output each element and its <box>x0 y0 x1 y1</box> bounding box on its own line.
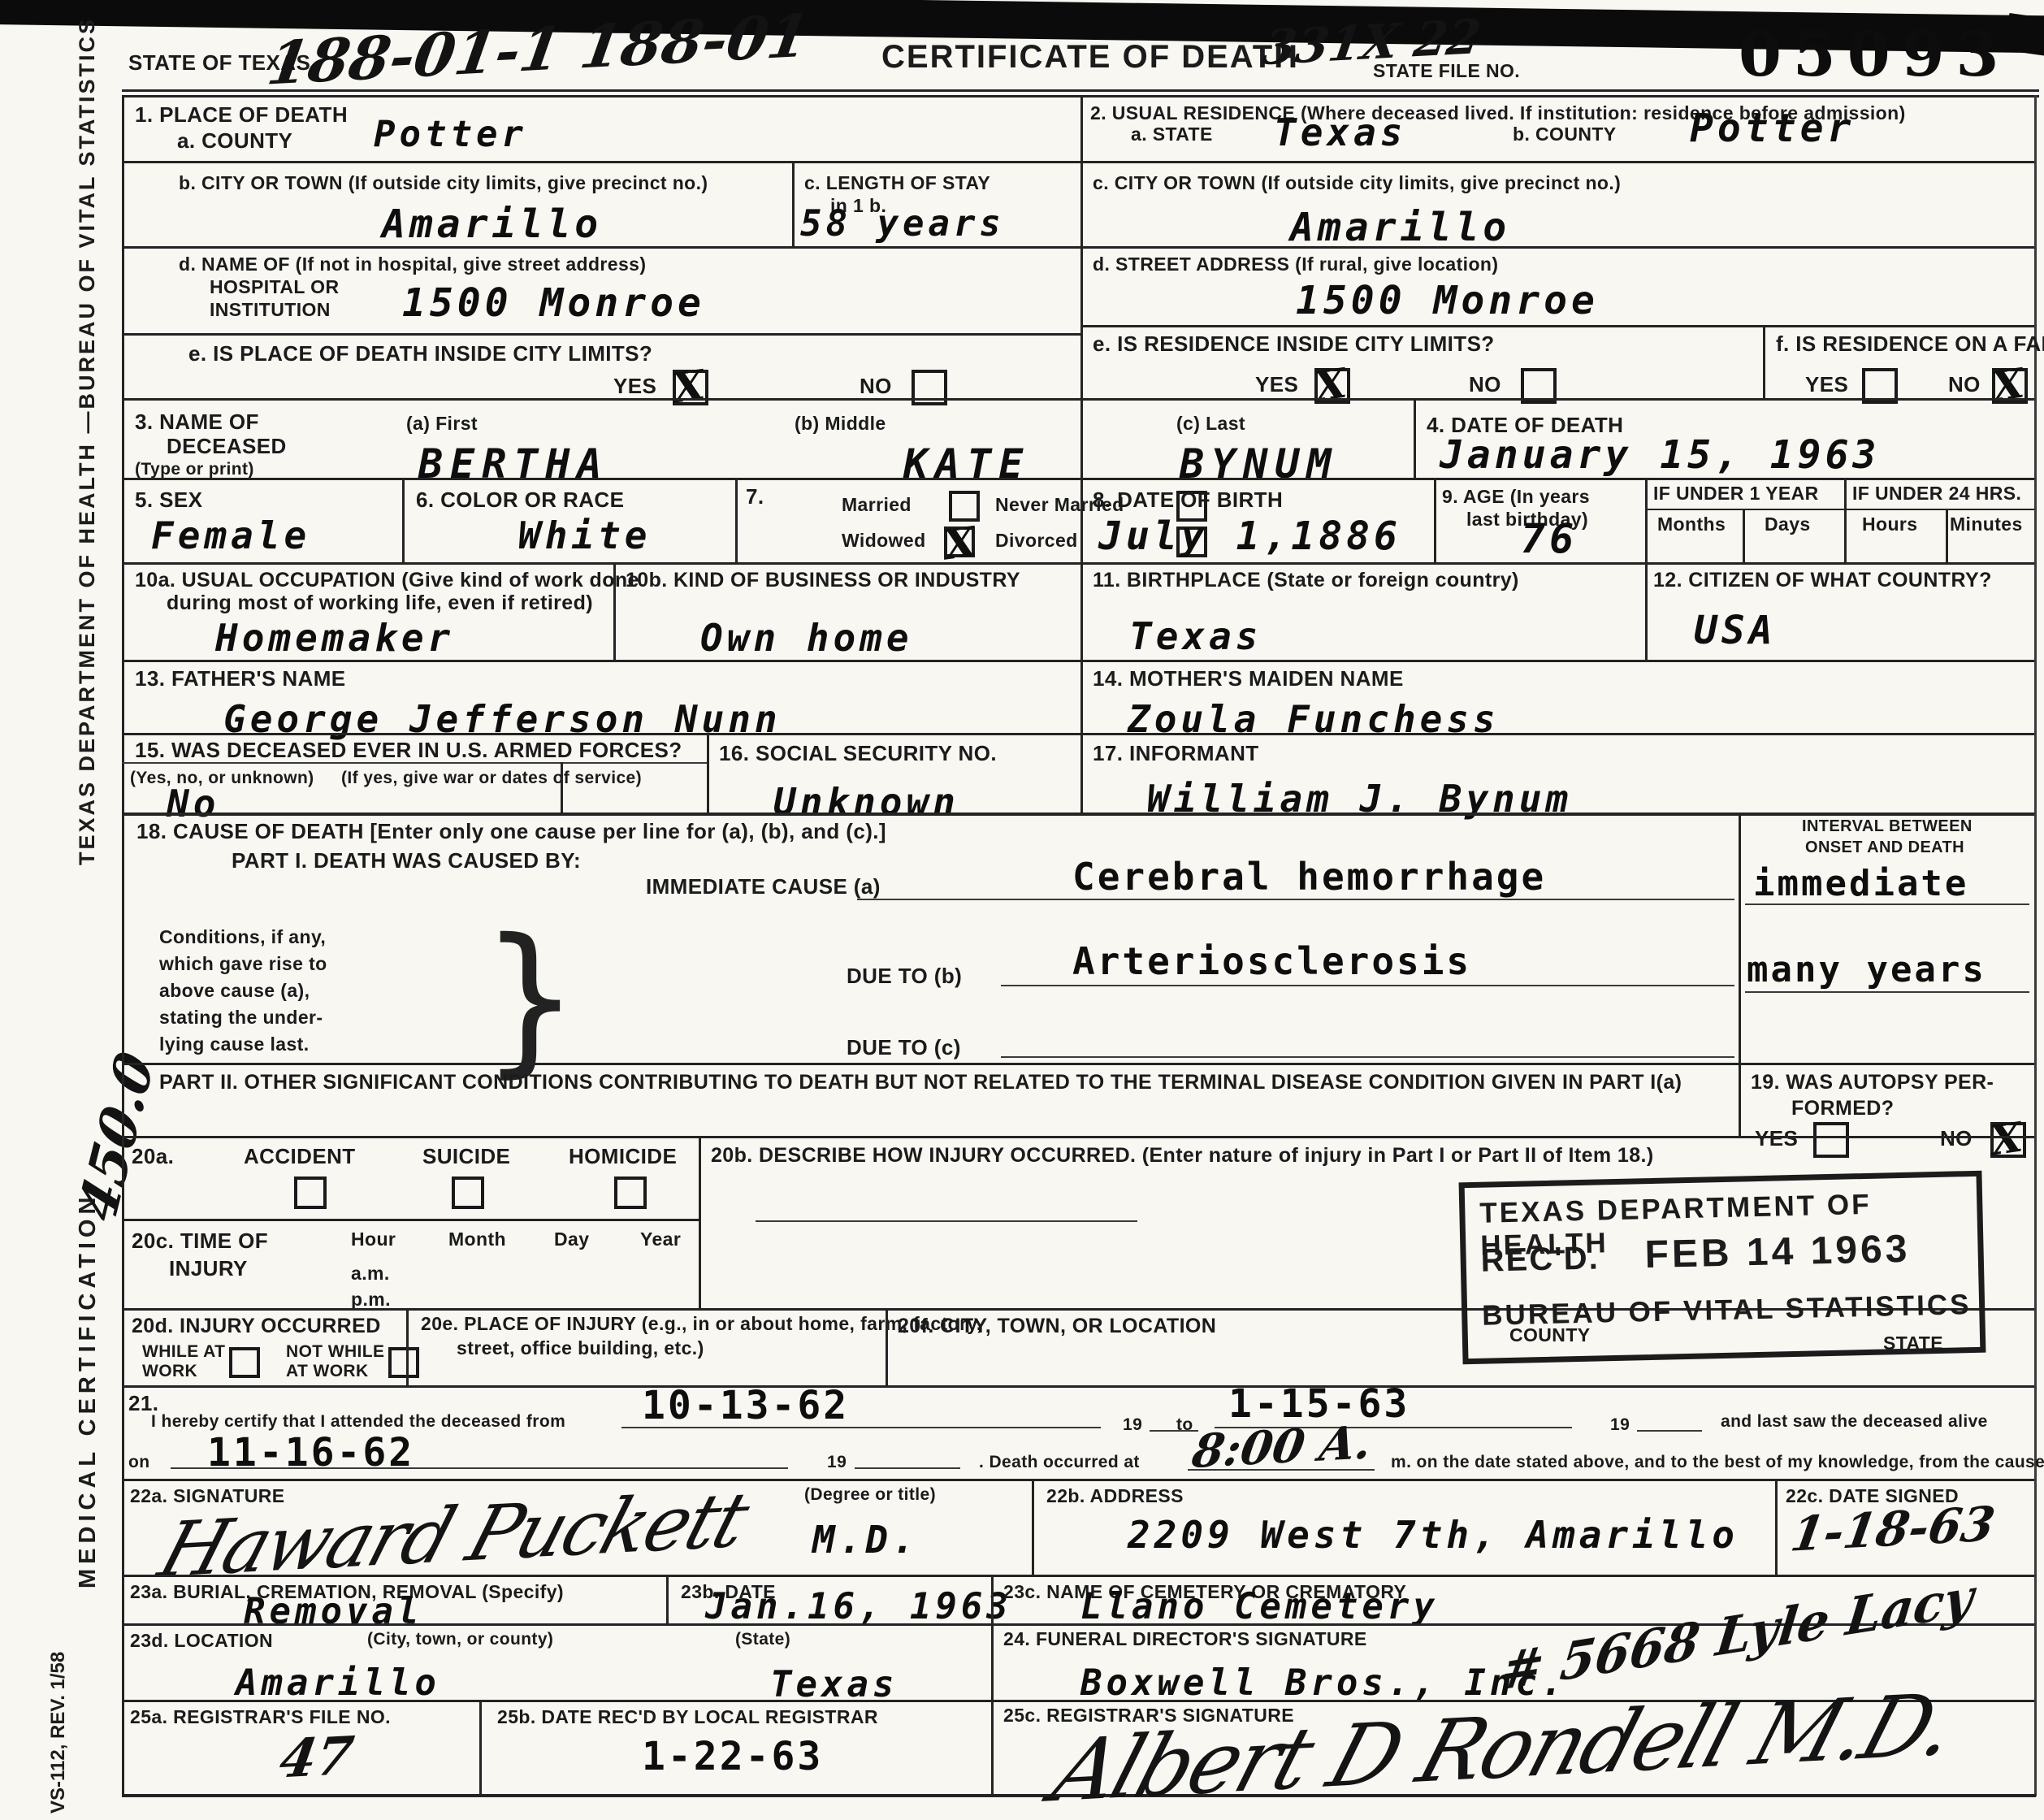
margin-medical-certification-text: MEDICAL CERTIFICATION <box>75 1193 102 1588</box>
injury-city-label: 20f. CITY, TOWN, OR LOCATION <box>898 1315 1216 1338</box>
scan-corner-artifact <box>2004 13 2044 57</box>
immediate-cause-value: Cerebral hemorrhage <box>1072 855 1546 899</box>
form-revision-code: VS-112, REV. 1/58 <box>47 1652 70 1813</box>
place-of-death-title: 1. PLACE OF DEATH <box>135 102 348 128</box>
date-of-death-value: January 15, 1963 <box>1440 432 1880 478</box>
res-city-value: Amarillo <box>1290 205 1510 250</box>
due-to-b-value: Arteriosclerosis <box>1072 939 1471 983</box>
certify-text-1: I hereby certify that I attended the dec… <box>151 1412 565 1432</box>
race-label: 6. COLOR OR RACE <box>416 487 624 513</box>
divider-line <box>857 899 1734 900</box>
divider-line <box>122 733 2034 735</box>
divider-line <box>621 1427 1101 1428</box>
conditions-note-1: Conditions, if any, <box>159 926 326 948</box>
middle-name-value: KATE <box>903 440 1030 487</box>
pod-address-value: 1500 Monroe <box>402 280 705 326</box>
divider-line <box>1745 991 2029 993</box>
divider-line <box>1739 812 1741 1136</box>
hour-label: Hour <box>351 1228 396 1250</box>
while-at-work-checkbox <box>229 1347 260 1378</box>
divider-line <box>122 89 2039 92</box>
divider-line <box>613 562 616 660</box>
informant-label: 17. INFORMANT <box>1093 741 1259 766</box>
state-file-number: 05093 <box>1739 18 2010 90</box>
immediate-cause-label: IMMEDIATE CAUSE (a) <box>646 874 881 899</box>
name-of-deceased-label1: 3. NAME OF <box>135 409 259 435</box>
physician-degree-value: M.D. <box>812 1518 919 1562</box>
stamp-date: FEB 14 1963 <box>1644 1227 1911 1277</box>
homicide-checkbox <box>614 1176 647 1209</box>
checkbox-mark: X <box>1987 1113 2025 1165</box>
months-label: Months <box>1657 513 1726 535</box>
time-of-injury-label1: 20c. TIME OF <box>132 1228 268 1254</box>
location-sub1: (City, town, or county) <box>367 1630 553 1649</box>
age-value: 76 <box>1521 515 1578 562</box>
pod-county-value: Potter <box>374 114 527 155</box>
armed-forces-label: 15. WAS DECEASED EVER IN U.S. ARMED FORC… <box>135 738 682 763</box>
burial-value: Removal <box>244 1591 422 1632</box>
divider-line <box>886 1308 888 1385</box>
divider-line <box>122 478 2034 480</box>
divider-line <box>122 1136 2034 1138</box>
last-name-value: BYNUM <box>1180 440 1339 487</box>
divider-line <box>1645 562 1648 660</box>
conditions-note-4: stating the under- <box>159 1007 323 1029</box>
conditions-note-2: which gave rise to <box>159 953 327 975</box>
res-state-label: a. STATE <box>1131 123 1213 145</box>
divider-line <box>1080 95 1083 812</box>
divider-line <box>171 1467 788 1469</box>
divider-line <box>1743 509 1745 562</box>
divider-line <box>122 1385 2034 1388</box>
registrar-file-value: 47 <box>275 1725 357 1790</box>
divider-line <box>707 733 709 812</box>
divider-line <box>991 1575 994 1794</box>
checkbox-mark: X <box>669 361 708 413</box>
first-name-label: (a) First <box>406 413 478 435</box>
armed-forces-sub1: (Yes, no, or unknown) <box>130 769 314 788</box>
year-19-blank1: 19 <box>1123 1415 1142 1435</box>
divider-line <box>735 478 738 562</box>
pm-label: p.m. <box>351 1289 391 1311</box>
certify-to-word: to <box>1176 1415 1193 1435</box>
birthplace-label: 11. BIRTHPLACE (State or foreign country… <box>1093 569 1519 592</box>
accident-checkbox <box>294 1176 327 1209</box>
divider-line <box>479 1700 482 1794</box>
married-checkbox <box>949 491 980 522</box>
certificate-title: CERTIFICATE OF DEATH <box>881 39 1299 76</box>
middle-name-label: (b) Middle <box>795 413 886 435</box>
divider-line <box>122 1219 699 1221</box>
res-county-value: Potter <box>1690 106 1855 151</box>
pod-city-label: b. CITY OR TOWN (If outside city limits,… <box>179 172 708 194</box>
checkbox-mark: X <box>941 518 979 570</box>
widowed-checkbox: X <box>944 526 975 557</box>
pod-no-label: NO <box>860 374 892 399</box>
year-19-blank3: 19 <box>827 1453 847 1472</box>
place-of-injury-label2: street, office building, etc.) <box>457 1337 704 1359</box>
divider-line <box>1032 1479 1034 1575</box>
year-label: Year <box>640 1228 681 1250</box>
last-name-label: (c) Last <box>1176 413 1245 435</box>
ssn-label: 16. SOCIAL SECURITY NO. <box>719 741 997 766</box>
suicide-checkbox <box>452 1176 484 1209</box>
cemetery-value: Llano Cemetery <box>1080 1586 1439 1627</box>
suicide-label: SUICIDE <box>422 1144 510 1169</box>
divider-line <box>792 161 795 246</box>
registrar-date-label: 25b. DATE REC'D BY LOCAL REGISTRAR <box>497 1706 878 1728</box>
birthplace-value: Texas <box>1129 614 1262 658</box>
hours-label: Hours <box>1862 513 1917 535</box>
res-state-value: Texas <box>1274 110 1406 154</box>
res-street-label: d. STREET ADDRESS (If rural, give locati… <box>1093 253 1498 275</box>
divider-line <box>1775 1479 1778 1575</box>
res-street-value: 1500 Monroe <box>1296 278 1599 323</box>
month-label: Month <box>448 1228 506 1250</box>
length-of-stay-label: c. LENGTH OF STAY <box>804 172 990 194</box>
injury-20a-number: 20a. <box>132 1144 174 1169</box>
physician-address-value: 2209 West 7th, Amarillo <box>1128 1513 1739 1557</box>
conditions-note-5: lying cause last. <box>159 1033 310 1055</box>
stamp-recd-label: REC'D. <box>1480 1240 1600 1279</box>
divider-line <box>1946 509 1948 562</box>
divider-line <box>1763 325 1765 398</box>
divider-line <box>1434 478 1436 562</box>
occupation-value: Homemaker <box>215 616 454 660</box>
autopsy-label-2: FORMED? <box>1791 1097 1894 1120</box>
not-while-at-work-checkbox <box>388 1347 419 1378</box>
days-label: Days <box>1765 513 1811 535</box>
certify-text-3: . Death occurred at <box>979 1453 1140 1472</box>
not-while-at-work-label1: NOT WHILE <box>286 1342 384 1362</box>
divider-line <box>1645 509 2034 510</box>
divider-line <box>122 562 2034 565</box>
divider-line <box>561 762 563 812</box>
divider-line <box>756 1220 1137 1222</box>
autopsy-no-checkbox: X <box>1990 1122 2026 1158</box>
business-label: 10b. KIND OF BUSINESS OR INDUSTRY <box>626 569 1020 592</box>
mother-name-label: 14. MOTHER'S MAIDEN NAME <box>1093 666 1404 691</box>
date-of-birth-label: 8. DATE OF BIRTH <box>1093 487 1283 513</box>
sex-value: Female <box>151 513 310 557</box>
divider-line <box>1080 325 2034 327</box>
homicide-label: HOMICIDE <box>569 1144 677 1169</box>
res-farm-yes-label: YES <box>1805 372 1848 397</box>
name-of-deceased-label2: DECEASED <box>167 434 287 459</box>
not-while-at-work-label2: AT WORK <box>286 1362 369 1381</box>
widowed-label: Widowed <box>842 530 926 552</box>
minutes-label: Minutes <box>1950 513 2023 535</box>
divider-line <box>1001 985 1734 986</box>
age-label1: 9. AGE (In years <box>1442 486 1590 508</box>
divider-line <box>1637 1430 1702 1432</box>
received-stamp: TEXAS DEPARTMENT OF HEALTH REC'D. FEB 14… <box>1459 1171 1986 1365</box>
divider-line <box>666 1575 669 1623</box>
checkbox-mark: X <box>1311 359 1349 411</box>
divider-line <box>1188 1469 1375 1471</box>
pod-city-value: Amarillo <box>382 201 602 247</box>
pod-hospital-label2: HOSPITAL OR <box>210 276 339 298</box>
state-file-no-label: STATE FILE NO. <box>1373 60 1520 82</box>
pod-city-limits-label: e. IS PLACE OF DEATH INSIDE CITY LIMITS? <box>188 341 652 366</box>
divorced-label: Divorced <box>995 530 1078 552</box>
divider-line <box>699 1136 701 1308</box>
occupation-label2: during most of working life, even if ret… <box>167 591 593 615</box>
attended-from-date: 10-13-62 <box>642 1383 849 1428</box>
while-at-work-label1: WHILE AT <box>142 1342 225 1362</box>
interval-a-value: immediate <box>1753 863 1968 904</box>
form-left-border <box>122 95 124 1796</box>
stamp-line3: BUREAU OF VITAL STATISTICS <box>1482 1289 1972 1332</box>
under-1-year-label: IF UNDER 1 YEAR <box>1653 483 1819 505</box>
margin-department-text: TEXAS DEPARTMENT OF HEALTH —BUREAU OF VI… <box>75 17 100 865</box>
race-value: White <box>518 513 651 557</box>
pod-yes-label: YES <box>613 374 656 399</box>
physician-address-label: 22b. ADDRESS <box>1046 1485 1184 1507</box>
divider-line <box>122 1479 2034 1481</box>
due-to-b-label: DUE TO (b) <box>847 964 962 989</box>
funeral-director-value: Boxwell Bros., Inc. <box>1080 1662 1566 1704</box>
res-farm-no-label: NO <box>1948 372 1981 397</box>
divider-line <box>122 762 707 764</box>
citizen-value: USA <box>1694 608 1777 653</box>
marital-status-number: 7. <box>746 484 764 509</box>
cause-of-death-title: 18. CAUSE OF DEATH [Enter only one cause… <box>136 819 886 844</box>
res-limits-no-label: NO <box>1469 372 1501 397</box>
certify-text-2: and last saw the deceased alive <box>1721 1412 1988 1432</box>
while-at-work-label2: WORK <box>142 1362 197 1381</box>
pod-hospital-label3: INSTITUTION <box>210 299 331 321</box>
divider-line <box>855 1467 960 1469</box>
due-to-c-label: DUE TO (c) <box>847 1035 961 1060</box>
date-of-birth-value: July 1,1886 <box>1098 513 1401 559</box>
res-city-label: c. CITY OR TOWN (If outside city limits,… <box>1093 172 1621 194</box>
accident-label: ACCIDENT <box>244 1144 356 1169</box>
ssn-value: Unknown <box>773 780 959 824</box>
degree-or-title-label: (Degree or title) <box>804 1485 936 1505</box>
divider-line <box>122 812 2034 816</box>
divider-line <box>122 246 2034 249</box>
location-label: 23d. LOCATION <box>130 1630 273 1652</box>
part1-label: PART I. DEATH WAS CAUSED BY: <box>232 848 581 873</box>
divider-line <box>1645 478 1648 562</box>
death-certificate-scan: STATE OF TEXAS 188-01-1 188-01 CERTIFICA… <box>0 0 2044 1820</box>
married-label: Married <box>842 494 912 516</box>
divider-line <box>406 1308 409 1385</box>
length-of-stay-value: 58 years <box>800 203 1005 245</box>
am-label: a.m. <box>351 1263 390 1285</box>
divider-line <box>1745 903 2029 905</box>
res-city-limits-label: e. IS RESIDENCE INSIDE CITY LIMITS? <box>1093 331 1495 357</box>
res-county-label: b. COUNTY <box>1513 123 1617 145</box>
res-limits-yes-label: YES <box>1255 372 1298 397</box>
divider-line <box>1001 1056 1734 1058</box>
under-24-hrs-label: IF UNDER 24 HRS. <box>1852 483 2021 505</box>
business-value: Own home <box>700 616 913 660</box>
divider-line <box>122 1063 2034 1065</box>
date-signed-value: 1-18-63 <box>1787 1496 1999 1562</box>
name-of-deceased-label3: (Type or print) <box>135 460 254 479</box>
conditions-note-3: above cause (a), <box>159 980 310 1002</box>
injury-occurred-label: 20d. INJURY OCCURRED <box>132 1315 381 1338</box>
father-name-label: 13. FATHER'S NAME <box>135 666 346 691</box>
autopsy-yes-checkbox <box>1813 1122 1849 1158</box>
pod-county-label: a. COUNTY <box>177 128 292 154</box>
interval-header-1: INTERVAL BETWEEN <box>1802 817 1973 836</box>
day-label: Day <box>554 1228 589 1250</box>
certify-text-4: m. on the date stated above, and to the … <box>1391 1453 2044 1472</box>
burial-date-value: Jan.16, 1963 <box>705 1586 1012 1627</box>
divider-line <box>122 1575 2034 1577</box>
part2-label: PART II. OTHER SIGNIFICANT CONDITIONS CO… <box>159 1071 1682 1094</box>
first-name-value: BERTHA <box>418 440 609 487</box>
divider-line <box>122 333 1080 336</box>
divider-line <box>122 161 2034 163</box>
autopsy-no-label: NO <box>1940 1126 1973 1151</box>
divider-line <box>122 660 2034 662</box>
armed-forces-sub2: (If yes, give war or dates of service) <box>341 769 642 788</box>
divider-line <box>402 478 405 562</box>
checkbox-mark: X <box>1989 359 2027 411</box>
divider-line <box>122 398 2034 401</box>
describe-injury-label: 20b. DESCRIBE HOW INJURY OCCURRED. (Ente… <box>711 1144 1654 1168</box>
interval-header-2: ONSET AND DEATH <box>1805 838 1964 857</box>
year-19-blank2: 19 <box>1610 1415 1630 1435</box>
pod-hospital-label1: d. NAME OF (If not in hospital, give str… <box>179 253 646 275</box>
location-city-value: Amarillo <box>236 1662 440 1704</box>
time-of-injury-label2: INJURY <box>169 1256 248 1281</box>
sex-label: 5. SEX <box>135 487 202 513</box>
registrar-date-value: 1-22-63 <box>642 1734 823 1779</box>
autopsy-label-1: 19. WAS AUTOPSY PER- <box>1751 1071 1994 1094</box>
funeral-director-label: 24. FUNERAL DIRECTOR'S SIGNATURE <box>1003 1628 1367 1650</box>
divider-line <box>1414 398 1416 478</box>
interval-b-value: many years <box>1747 949 1986 990</box>
divider-line <box>1844 478 1847 562</box>
occupation-label1: 10a. USUAL OCCUPATION (Give kind of work… <box>135 569 639 592</box>
location-sub2: (State) <box>735 1630 790 1649</box>
res-farm-label: f. IS RESIDENCE ON A FARM? <box>1776 331 2044 357</box>
autopsy-yes-label: YES <box>1755 1126 1798 1151</box>
citizen-label: 12. CITIZEN OF WHAT COUNTRY? <box>1653 569 1992 592</box>
certify-on-word: on <box>128 1453 149 1472</box>
